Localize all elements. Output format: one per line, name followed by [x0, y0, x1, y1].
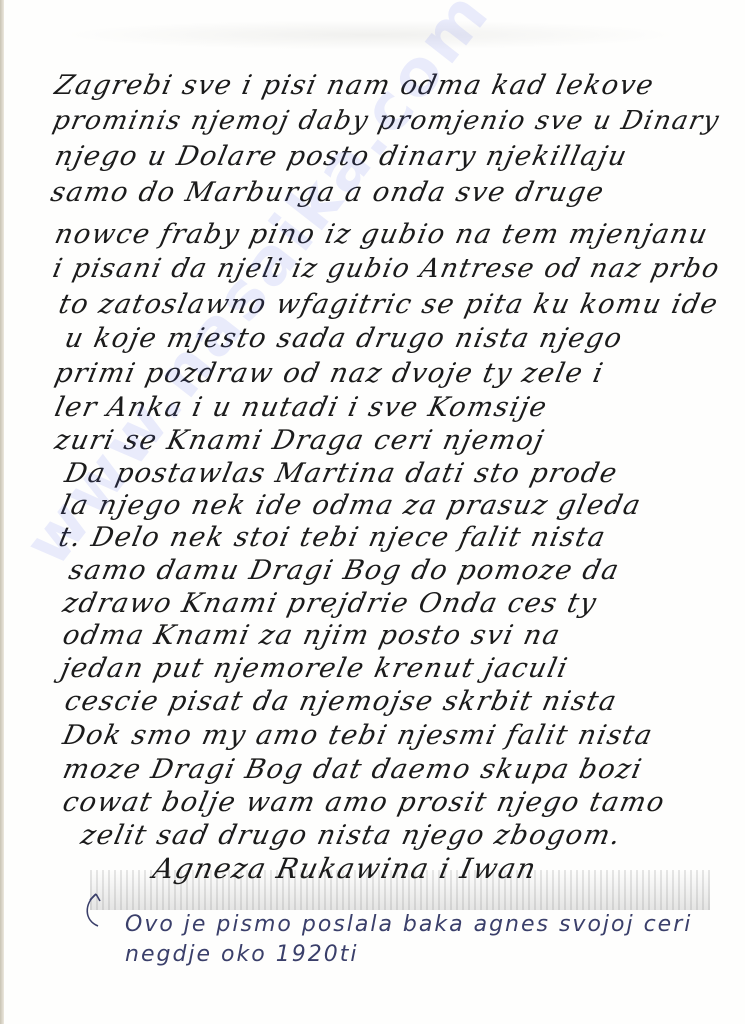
letter-line: zdrawo Knami prejdrie Onda ces ty: [60, 588, 600, 619]
letter-line: samo do Marburga a onda sve druge: [48, 177, 608, 208]
letter-line: t. Delo nek stoi tebi njece falit nista: [56, 522, 609, 553]
letter-line: prominis njemoj daby promjenio sve u Din…: [50, 106, 723, 136]
scanned-page: Zagrebi sve i pisi nam odma kad lekovepr…: [0, 0, 745, 1024]
letter-line: Dok smo my amo tebi njesmi falit nista: [60, 720, 656, 751]
letter-line: Da postawlas Martina dati sto prode: [62, 458, 621, 489]
letter-line: cowat bolje wam amo prosit njego tamo: [60, 787, 668, 818]
annotation-line-1: Ovo je pismo poslala baka agnes svojoj c…: [125, 912, 692, 937]
letter-line: Zagrebi sve i pisi nam odma kad lekove: [52, 70, 657, 101]
signature: Agneza Rukawina i Iwan: [150, 852, 540, 885]
letter-line: ler Anka i u nutadi i sve Komsije: [52, 392, 551, 423]
letter-body: Zagrebi sve i pisi nam odma kad lekovepr…: [0, 0, 745, 900]
curved-arrow-icon: [82, 890, 112, 940]
letter-line: nowce fraby pino iz gubio na tem mjenjan…: [52, 219, 711, 250]
letter-line: zelit sad drugo nista njego zbogom.: [78, 820, 624, 851]
annotation-line-2: negdje oko 1920ti: [125, 942, 358, 967]
letter-line: la njego nek ide odma za prasuz gleda: [58, 490, 644, 521]
letter-line: jedan put njemorele krenut jaculi: [58, 653, 571, 684]
letter-line: njego u Dolare posto dinary njekillaju: [52, 141, 631, 172]
letter-line: odma Knami za njim posto svi na: [60, 620, 564, 651]
letter-line: moze Dragi Bog dat daemo skupa bozi: [60, 754, 645, 785]
letter-line: zuri se Knami Draga ceri njemoj: [52, 425, 548, 456]
letter-line: cescie pisat da njemojse skrbit nista: [62, 686, 620, 717]
letter-line: samo damu Dragi Bog do pomoze da: [66, 555, 623, 586]
letter-line: i pisani da njeli iz gubio Antrese od na…: [50, 253, 723, 284]
letter-line: u koje mjesto sada drugo nista njego: [62, 323, 626, 354]
letter-line: primi pozdraw od naz dvoje ty zele i: [52, 358, 607, 389]
letter-line: to zatoslawno wfagitric se pita ku komu …: [56, 289, 722, 320]
